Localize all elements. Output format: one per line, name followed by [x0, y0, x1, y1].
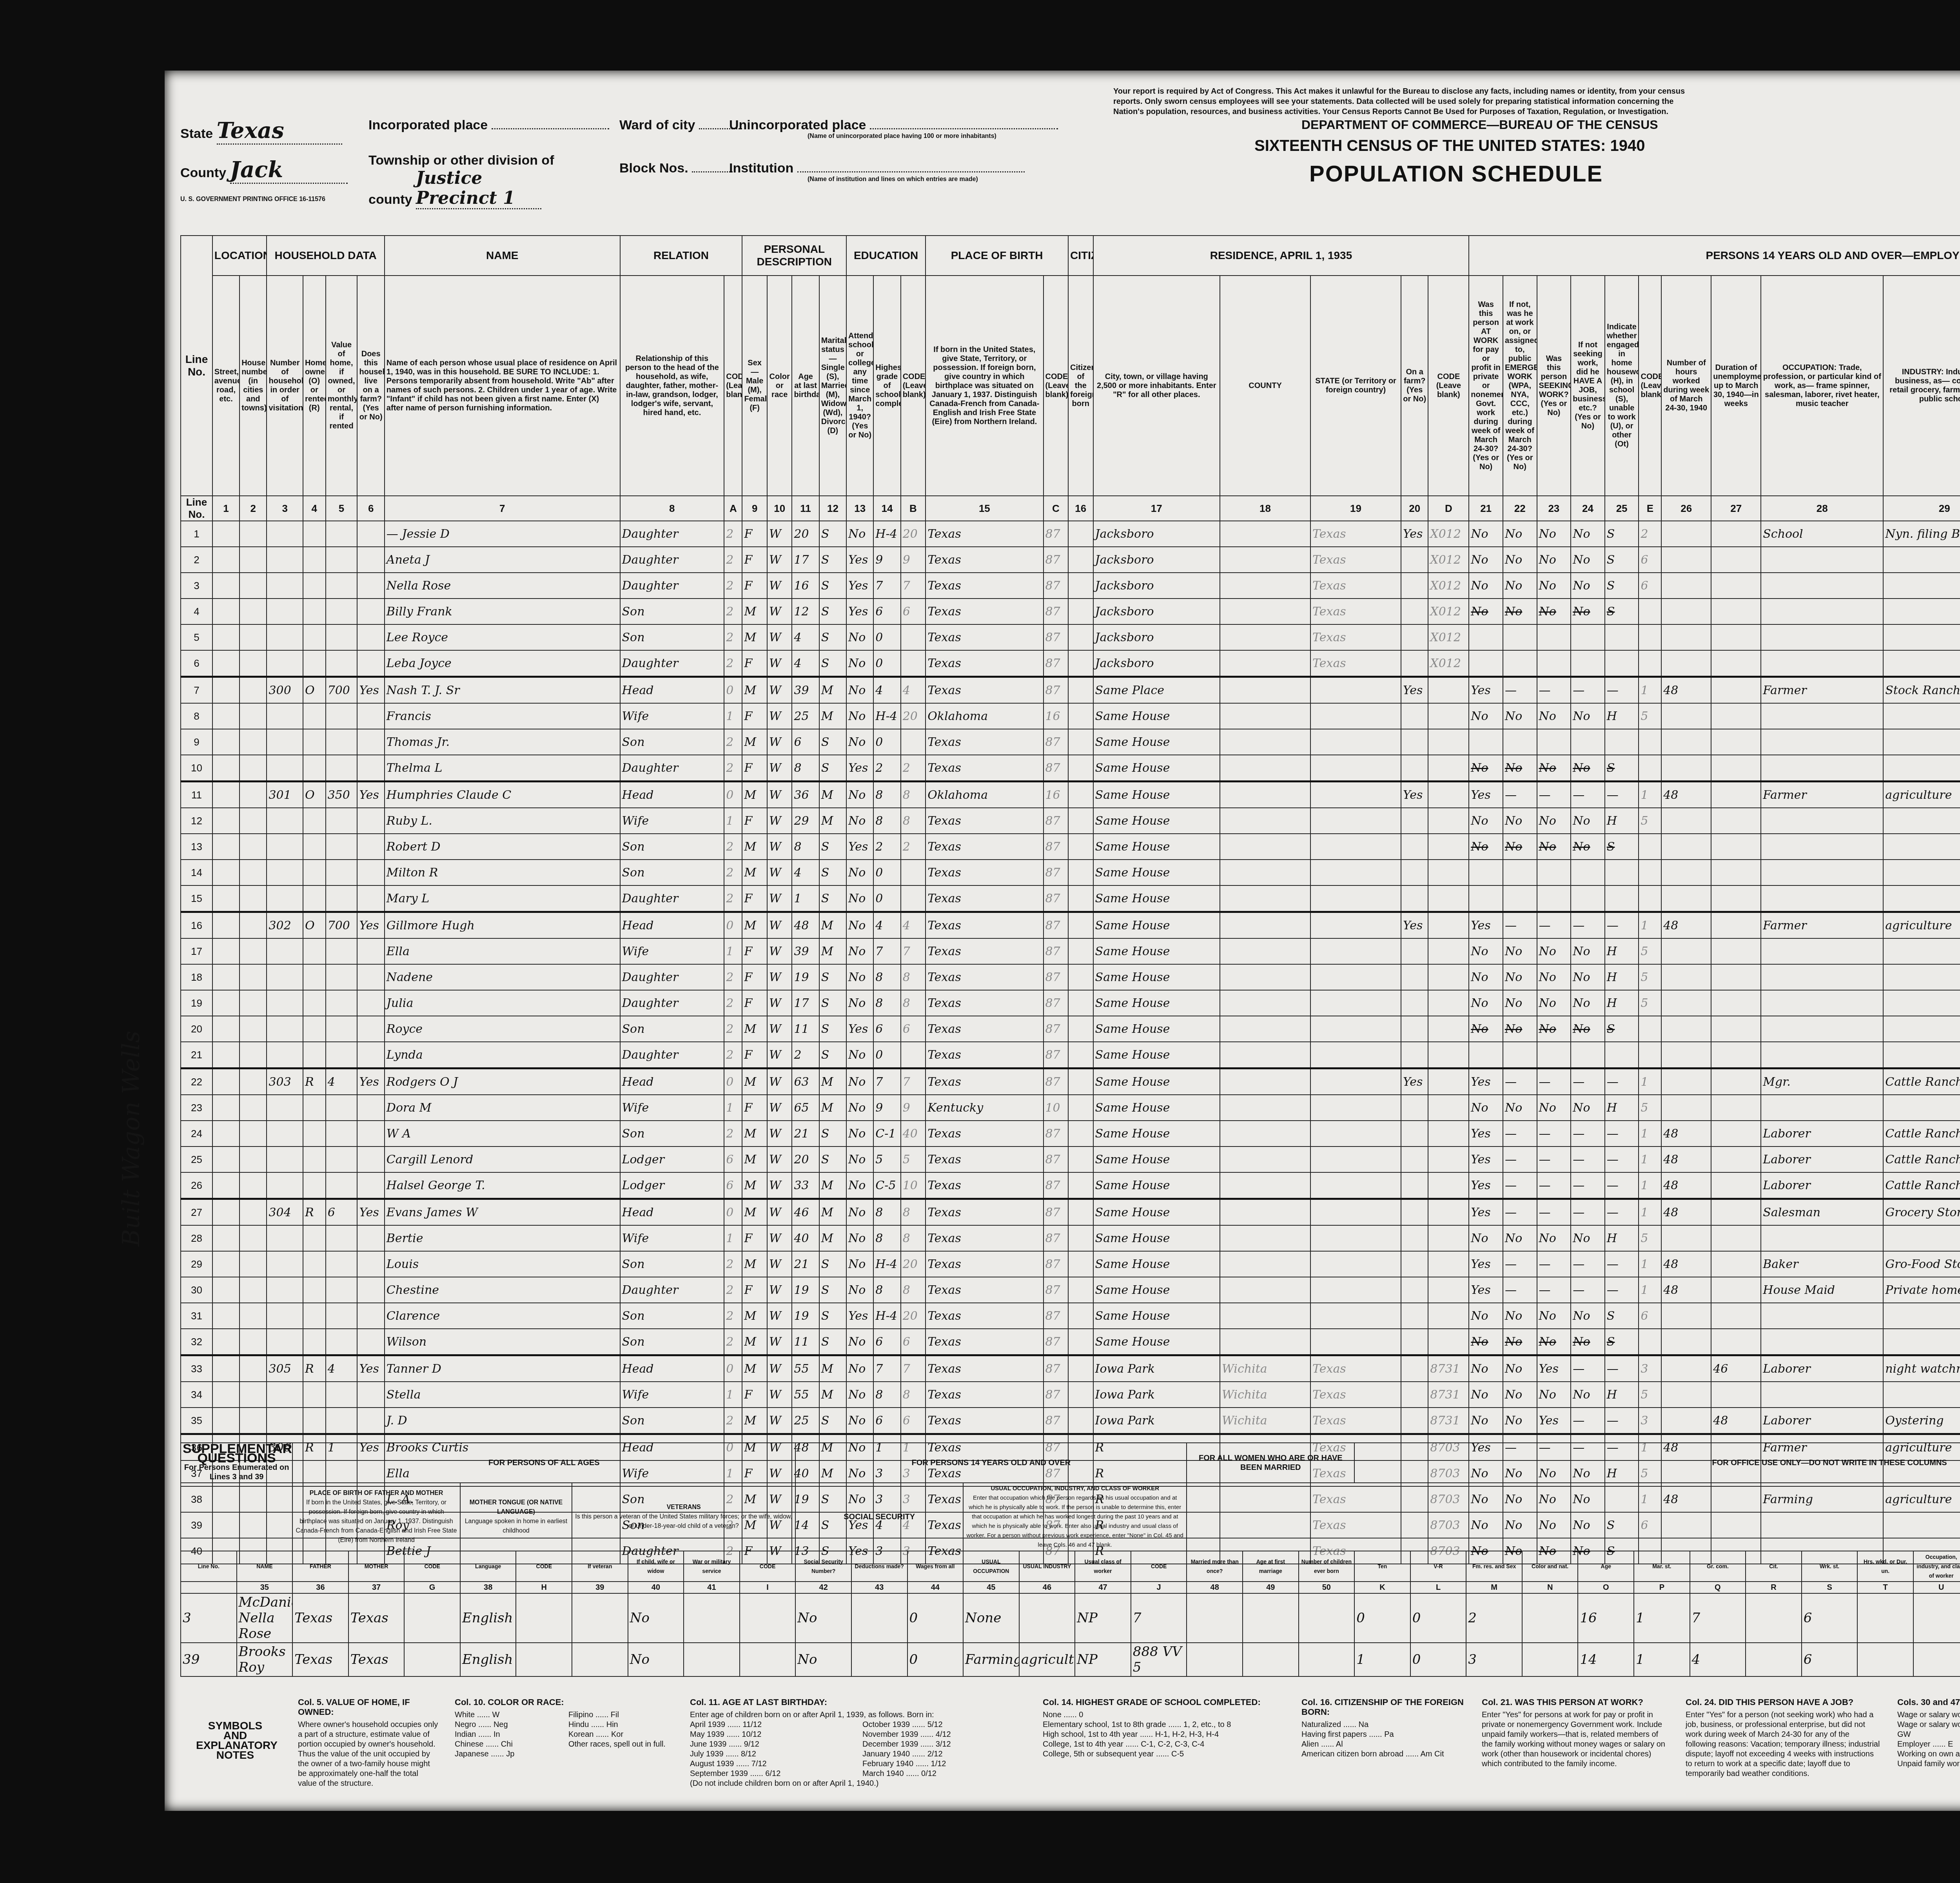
cell-codeE: 1 — [1639, 1068, 1661, 1095]
cell-age: 19 — [792, 1303, 819, 1329]
cell-relation: Lodger — [620, 1146, 724, 1172]
cell-house — [240, 677, 267, 704]
institution-note: (Name of institution and lines on which … — [729, 176, 1025, 183]
cell-codeA: 0 — [724, 1068, 742, 1095]
cell-farm: Yes — [357, 912, 384, 939]
cell-c24: No — [1571, 964, 1605, 990]
cell-relation: Son — [620, 1303, 724, 1329]
cell-house — [240, 1172, 267, 1199]
cell-farm — [357, 1382, 384, 1408]
cell-codeC: 87 — [1044, 677, 1069, 704]
cell-c27 — [1711, 990, 1761, 1016]
cell-codeC: 87 — [1044, 1121, 1069, 1146]
cell-c23 — [1537, 729, 1571, 755]
table-row: 1— Jessie DDaughter2FW20SNoH-420Texas87J… — [181, 521, 1960, 547]
cell-res-farm — [1401, 650, 1428, 677]
column-number: 17 — [1093, 496, 1220, 521]
cell-grade: C-1 — [873, 1121, 900, 1146]
cell-grade: C-5 — [873, 1172, 900, 1199]
line-number: 27 — [181, 1199, 212, 1226]
cell-c25: — — [1605, 1146, 1639, 1172]
supp-cell-M: 3 — [1466, 1643, 1522, 1676]
cell-house — [240, 1408, 267, 1434]
cell-c25: — — [1605, 1408, 1639, 1434]
cell-c26: 48 — [1661, 1251, 1711, 1277]
table-row: 10Thelma LDaughter2FW8SYes22Texas87Same … — [181, 755, 1960, 782]
supp-column-number: L — [1410, 1582, 1466, 1593]
cell-res-city: Same House — [1093, 1225, 1220, 1251]
cell-street — [212, 573, 240, 599]
cell-c27 — [1711, 521, 1761, 547]
cell-codeD — [1428, 1068, 1469, 1095]
cell-codeA: 2 — [724, 547, 742, 573]
mother-tongue-note: Language spoken in home in earliest chil… — [462, 1517, 570, 1536]
cell-c23: — — [1537, 1121, 1571, 1146]
table-row: 20RoyceSon2MW11SYes66Texas87Same HouseNo… — [181, 1016, 1960, 1042]
cell-codeB: 8 — [901, 1277, 926, 1303]
cell-sex: M — [742, 1303, 767, 1329]
cell-street — [212, 1408, 240, 1434]
cell-res-county — [1220, 808, 1310, 834]
column-number: 20 — [1401, 496, 1428, 521]
cell-house — [240, 1121, 267, 1146]
cell-name: W A — [385, 1121, 620, 1146]
cell-marital: S — [819, 573, 846, 599]
cell-c27 — [1711, 1121, 1761, 1146]
cell-c25: H — [1605, 1095, 1639, 1121]
cell-age: 21 — [792, 1251, 819, 1277]
supp-cell-ss44: 0 — [907, 1593, 964, 1643]
cell-c24 — [1571, 885, 1605, 912]
cell-hh — [267, 1251, 303, 1277]
note-item: April 1939 ...... 11/12 — [690, 1720, 855, 1730]
cell-c24: — — [1571, 1172, 1605, 1199]
supp-column-header: Cit. — [1746, 1551, 1802, 1582]
supp-cell-h — [516, 1593, 572, 1643]
supp-cell-father: Texas — [292, 1643, 348, 1676]
cell-relation: Head — [620, 1355, 724, 1382]
cell-hh — [267, 1042, 303, 1068]
cell-birthplace: Texas — [926, 1329, 1043, 1355]
department-heading: DEPARTMENT OF COMMERCE—BUREAU OF THE CEN… — [1301, 118, 1658, 132]
cell-farm — [357, 1172, 384, 1199]
supp-column-header: CODE — [740, 1551, 796, 1582]
cell-own: R — [303, 1068, 326, 1095]
cell-c26 — [1661, 1225, 1711, 1251]
col-15-desc: If born in the United States, give State… — [926, 276, 1043, 496]
cell-own — [303, 755, 326, 782]
cell-age: 20 — [792, 1146, 819, 1172]
cell-codeB: 7 — [901, 938, 926, 964]
cell-school: No — [846, 729, 873, 755]
table-row: 3Nella RoseDaughter2FW16SYes77Texas87Jac… — [181, 573, 1960, 599]
cell-name: Mary L — [385, 885, 620, 912]
cell-cit — [1068, 834, 1093, 860]
mother-tongue-header: MOTHER TONGUE (OR NATIVE LANGUAGE) Langu… — [460, 1483, 572, 1551]
cell-c27 — [1711, 573, 1761, 599]
cell-ind: Grocery Store — [1883, 1199, 1960, 1226]
cell-c26 — [1661, 1408, 1711, 1434]
cell-res-city: Same House — [1093, 938, 1220, 964]
cell-c23: — — [1537, 1068, 1571, 1095]
cell-race: W — [767, 912, 792, 939]
cell-codeD — [1428, 808, 1469, 834]
cell-cit — [1068, 599, 1093, 624]
cell-c22: No — [1503, 547, 1537, 573]
col-7-desc: Name of each person whose usual place of… — [385, 276, 620, 496]
cell-ind — [1883, 729, 1960, 755]
cell-grade: 6 — [873, 1016, 900, 1042]
supp-column-number: O — [1578, 1582, 1634, 1593]
cell-c22: — — [1503, 782, 1537, 808]
cell-res-state: Texas — [1310, 1382, 1401, 1408]
cell-sex: M — [742, 729, 767, 755]
cell-res-farm — [1401, 729, 1428, 755]
census-sheet: State Texas County Jack U. S. GOVERNMENT… — [165, 71, 1960, 1811]
cell-c21: No — [1469, 599, 1503, 624]
cell-occ: Farmer — [1761, 912, 1883, 939]
table-row: 18NadeneDaughter2FW19SNo88Texas87Same Ho… — [181, 964, 1960, 990]
cell-sex: M — [742, 912, 767, 939]
cell-c23: No — [1537, 834, 1571, 860]
cell-age: 20 — [792, 521, 819, 547]
cell-res-state — [1310, 990, 1401, 1016]
cell-c23: — — [1537, 912, 1571, 939]
cell-name: Louis — [385, 1251, 620, 1277]
cell-sex: M — [742, 1355, 767, 1382]
cell-c27 — [1711, 1277, 1761, 1303]
cell-cit — [1068, 1303, 1093, 1329]
col-24-desc: If not seeking work, did he HAVE A JOB, … — [1571, 276, 1605, 496]
cell-grade: 0 — [873, 650, 900, 677]
cell-c23: No — [1537, 1303, 1571, 1329]
cell-c26 — [1661, 1095, 1711, 1121]
cell-sex: F — [742, 573, 767, 599]
cell-c24: No — [1571, 1095, 1605, 1121]
supp-column-header: Line No. — [181, 1551, 237, 1582]
cell-race: W — [767, 547, 792, 573]
cell-birthplace: Texas — [926, 1068, 1043, 1095]
cell-race: W — [767, 729, 792, 755]
supp-column-header: Age — [1578, 1551, 1634, 1582]
cell-farm: Yes — [357, 1068, 384, 1095]
cell-c22: — — [1503, 677, 1537, 704]
supp-cell-w50 — [1299, 1593, 1355, 1643]
column-number: A — [724, 496, 742, 521]
cell-occ — [1761, 885, 1883, 912]
column-number: 6 — [357, 496, 384, 521]
mother-tongue-title: MOTHER TONGUE (OR NATIVE LANGUAGE) — [462, 1498, 570, 1517]
cell-cit — [1068, 1095, 1093, 1121]
cell-house — [240, 1095, 267, 1121]
table-row: 33305R4YesTanner DHead0MW55MNo77Texas87I… — [181, 1355, 1960, 1382]
cell-value — [326, 1095, 358, 1121]
cell-farm — [357, 1329, 384, 1355]
cell-sex: M — [742, 1251, 767, 1277]
cell-race: W — [767, 860, 792, 885]
cell-age: 25 — [792, 703, 819, 729]
cell-codeB: 20 — [901, 1251, 926, 1277]
cell-hh — [267, 1172, 303, 1199]
cell-race: W — [767, 834, 792, 860]
cell-codeA: 2 — [724, 964, 742, 990]
cell-c22: No — [1503, 755, 1537, 782]
supp-column-header: USUAL INDUSTRY — [1019, 1551, 1075, 1582]
cell-c26 — [1661, 1068, 1711, 1095]
note-item: Alien ...... Al — [1301, 1740, 1466, 1749]
cell-relation: Son — [620, 834, 724, 860]
cell-c24: No — [1571, 599, 1605, 624]
cell-res-city: Same House — [1093, 1303, 1220, 1329]
cell-c25: H — [1605, 938, 1639, 964]
cell-res-state — [1310, 755, 1401, 782]
cell-codeB: 8 — [901, 1199, 926, 1226]
cell-codeC: 87 — [1044, 521, 1069, 547]
cell-farm — [357, 1225, 384, 1251]
cell-grade: 0 — [873, 729, 900, 755]
cell-value — [326, 624, 358, 650]
usual-occupation-header: USUAL OCCUPATION, INDUSTRY, AND CLASS OF… — [963, 1483, 1187, 1551]
cell-age: 17 — [792, 547, 819, 573]
cell-name: Royce — [385, 1016, 620, 1042]
cell-own — [303, 650, 326, 677]
line-number: 29 — [181, 1251, 212, 1277]
cell-house — [240, 912, 267, 939]
cell-grade: 8 — [873, 990, 900, 1016]
cell-res-farm — [1401, 1016, 1428, 1042]
cell-own — [303, 1303, 326, 1329]
note-col10: Col. 10. COLOR OR RACE: White ...... WNe… — [455, 1697, 674, 1759]
cell-cit — [1068, 938, 1093, 964]
cell-house — [240, 964, 267, 990]
cell-name: J. D — [385, 1408, 620, 1434]
col-10-desc: Color or race — [767, 276, 792, 496]
cell-codeE — [1639, 624, 1661, 650]
column-number: 24 — [1571, 496, 1605, 521]
cell-codeE: 6 — [1639, 547, 1661, 573]
cell-c22: No — [1503, 808, 1537, 834]
cell-school: No — [846, 1355, 873, 1382]
cell-c22: No — [1503, 964, 1537, 990]
cell-codeE: 3 — [1639, 1355, 1661, 1382]
cell-codeB — [901, 729, 926, 755]
cell-school: No — [846, 1095, 873, 1121]
cell-ind: Stock Ranch — [1883, 677, 1960, 704]
cell-codeA: 1 — [724, 1225, 742, 1251]
cell-res-state — [1310, 703, 1401, 729]
cell-codeA: 6 — [724, 1146, 742, 1172]
cell-codeA: 2 — [724, 1277, 742, 1303]
cell-cit — [1068, 547, 1093, 573]
cell-codeE — [1639, 755, 1661, 782]
note-col11: Col. 11. AGE AT LAST BIRTHDAY: Enter age… — [690, 1697, 1027, 1789]
cell-street — [212, 808, 240, 834]
cell-codeB: 20 — [901, 1303, 926, 1329]
cell-race: W — [767, 1382, 792, 1408]
cell-res-county — [1220, 703, 1310, 729]
cell-codeB: 4 — [901, 912, 926, 939]
cell-c21: No — [1469, 1408, 1503, 1434]
office-use-group: FOR OFFICE USE ONLY—DO NOT WRITE IN THES… — [1354, 1443, 1960, 1483]
col-D-desc: CODE (Leave blank) — [1428, 276, 1469, 496]
cell-birthplace: Texas — [926, 624, 1043, 650]
cell-marital: S — [819, 729, 846, 755]
cell-own — [303, 1408, 326, 1434]
cell-c25 — [1605, 729, 1639, 755]
cell-school: No — [846, 677, 873, 704]
cell-occ: Laborer — [1761, 1121, 1883, 1146]
supp-column-header: CODE — [516, 1551, 572, 1582]
cell-c27 — [1711, 1199, 1761, 1226]
cell-c26: 48 — [1661, 677, 1711, 704]
cell-codeD — [1428, 729, 1469, 755]
cell-birthplace: Texas — [926, 990, 1043, 1016]
cell-cit — [1068, 1277, 1093, 1303]
cell-c27: 48 — [1711, 1408, 1761, 1434]
note-item: American citizen born abroad ...... Am C… — [1301, 1749, 1466, 1759]
col-4-desc: Home owned (O) or rented (R) — [303, 276, 326, 496]
col-9-desc: Sex—Male (M), Female (F) — [742, 276, 767, 496]
cell-farm — [357, 1016, 384, 1042]
cell-sex: F — [742, 1277, 767, 1303]
cell-race: W — [767, 677, 792, 704]
note-col5-text: Where owner's household occupies only a … — [298, 1720, 439, 1789]
cell-codeB: 20 — [901, 703, 926, 729]
cell-c23: No — [1537, 808, 1571, 834]
cell-age: 11 — [792, 1329, 819, 1355]
cell-street — [212, 964, 240, 990]
note-item: None ...... 0 — [1043, 1710, 1286, 1720]
cell-grade: 2 — [873, 755, 900, 782]
cell-school: No — [846, 1382, 873, 1408]
column-number: 4 — [303, 496, 326, 521]
cell-codeE: 6 — [1639, 573, 1661, 599]
cell-c24: No — [1571, 808, 1605, 834]
cell-house — [240, 1042, 267, 1068]
supp-column-header: NAME — [237, 1551, 293, 1582]
supp-column-header: If child, wife or widow — [628, 1551, 684, 1582]
cell-c23: No — [1537, 1016, 1571, 1042]
cell-codeC: 87 — [1044, 1277, 1069, 1303]
cell-age: 11 — [792, 1016, 819, 1042]
cell-own — [303, 599, 326, 624]
usual-occupation-note: Enter that occupation which the person r… — [965, 1493, 1185, 1550]
cell-c22: No — [1503, 573, 1537, 599]
supp-column-header: Occupation, industry, and class of worke… — [1913, 1551, 1960, 1582]
note-col11-intro: Enter age of children born on or after A… — [690, 1710, 1027, 1720]
cell-c21: No — [1469, 1016, 1503, 1042]
column-number: 26 — [1661, 496, 1711, 521]
cell-marital: S — [819, 990, 846, 1016]
cell-farm — [357, 860, 384, 885]
supp-column-header: Age at first marriage — [1243, 1551, 1299, 1582]
col-A-desc: CODE (Leave blank) — [724, 276, 742, 496]
table-row: 15Mary LDaughter2FW1SNo0Texas87Same Hous… — [181, 885, 1960, 912]
cell-res-farm — [1401, 990, 1428, 1016]
line-number: 1 — [181, 521, 212, 547]
cell-codeB: 8 — [901, 990, 926, 1016]
cell-c21: No — [1469, 573, 1503, 599]
cell-house — [240, 1382, 267, 1408]
cell-codeE: 5 — [1639, 990, 1661, 1016]
cell-c22: No — [1503, 521, 1537, 547]
col-2-desc: House number (in cities and towns) — [240, 276, 267, 496]
cell-school: No — [846, 808, 873, 834]
supp-column-number: 50 — [1299, 1582, 1355, 1593]
cell-race: W — [767, 1277, 792, 1303]
cell-house — [240, 1225, 267, 1251]
state-value: Texas — [217, 118, 342, 145]
cell-c27: 46 — [1711, 1355, 1761, 1382]
cell-street — [212, 650, 240, 677]
table-row: 9Thomas Jr.Son2MW6SNo0Texas87Same House9 — [181, 729, 1960, 755]
table-row: 8FrancisWife1FW25MNoH-420Oklahoma16Same … — [181, 703, 1960, 729]
cell-name: Billy Frank — [385, 599, 620, 624]
cell-name: Clarence — [385, 1303, 620, 1329]
cell-c24: — — [1571, 1199, 1605, 1226]
cell-c27 — [1711, 1382, 1761, 1408]
cell-hh: 305 — [267, 1355, 303, 1382]
supp-cell-K: 1 — [1354, 1643, 1410, 1676]
cell-c25 — [1605, 624, 1639, 650]
cell-farm — [357, 1251, 384, 1277]
cell-c23: No — [1537, 1329, 1571, 1355]
supp-column-header: MOTHER — [348, 1551, 405, 1582]
cell-c24: — — [1571, 1251, 1605, 1277]
cell-codeC: 87 — [1044, 1199, 1069, 1226]
supp-column-header: FATHER — [292, 1551, 348, 1582]
cell-c27 — [1711, 1146, 1761, 1172]
column-number: 25 — [1605, 496, 1639, 521]
cell-res-state — [1310, 912, 1401, 939]
table-row: 32WilsonSon2MW11SNo66Texas87Same HouseNo… — [181, 1329, 1960, 1355]
cell-res-state — [1310, 1225, 1401, 1251]
cell-res-county — [1220, 1121, 1310, 1146]
cell-res-city: Same House — [1093, 729, 1220, 755]
cell-c27 — [1711, 1329, 1761, 1355]
cell-sex: M — [742, 1199, 767, 1226]
cell-c26: 48 — [1661, 1172, 1711, 1199]
cell-codeE: 1 — [1639, 677, 1661, 704]
incorporated-place-label: Incorporated place — [368, 118, 488, 132]
cell-birthplace: Texas — [926, 677, 1043, 704]
note-item: College, 1st to 4th year ...... C-1, C-2… — [1043, 1740, 1286, 1749]
cell-c21 — [1469, 624, 1503, 650]
cell-birthplace: Texas — [926, 834, 1043, 860]
cell-school: No — [846, 1329, 873, 1355]
cell-c22: — — [1503, 912, 1537, 939]
supp-column-header: Fm. res. and Sex — [1466, 1551, 1522, 1582]
cell-cit — [1068, 782, 1093, 808]
cell-school: No — [846, 1172, 873, 1199]
cell-codeB: 8 — [901, 1382, 926, 1408]
cell-grade: 2 — [873, 834, 900, 860]
cell-marital: S — [819, 521, 846, 547]
cell-age: 48 — [792, 912, 819, 939]
cell-relation: Son — [620, 1016, 724, 1042]
line-no-header: Line No. — [181, 236, 212, 496]
cell-ind: Cattle Ranch — [1883, 1146, 1960, 1172]
cell-codeC: 87 — [1044, 1251, 1069, 1277]
cell-res-city: Iowa Park — [1093, 1408, 1220, 1434]
cell-c24: No — [1571, 938, 1605, 964]
cell-c22: No — [1503, 599, 1537, 624]
cell-grade: 8 — [873, 1225, 900, 1251]
line-number: 26 — [181, 1172, 212, 1199]
cell-res-state: Texas — [1310, 573, 1401, 599]
cell-res-state — [1310, 1251, 1401, 1277]
cell-age: 46 — [792, 1199, 819, 1226]
